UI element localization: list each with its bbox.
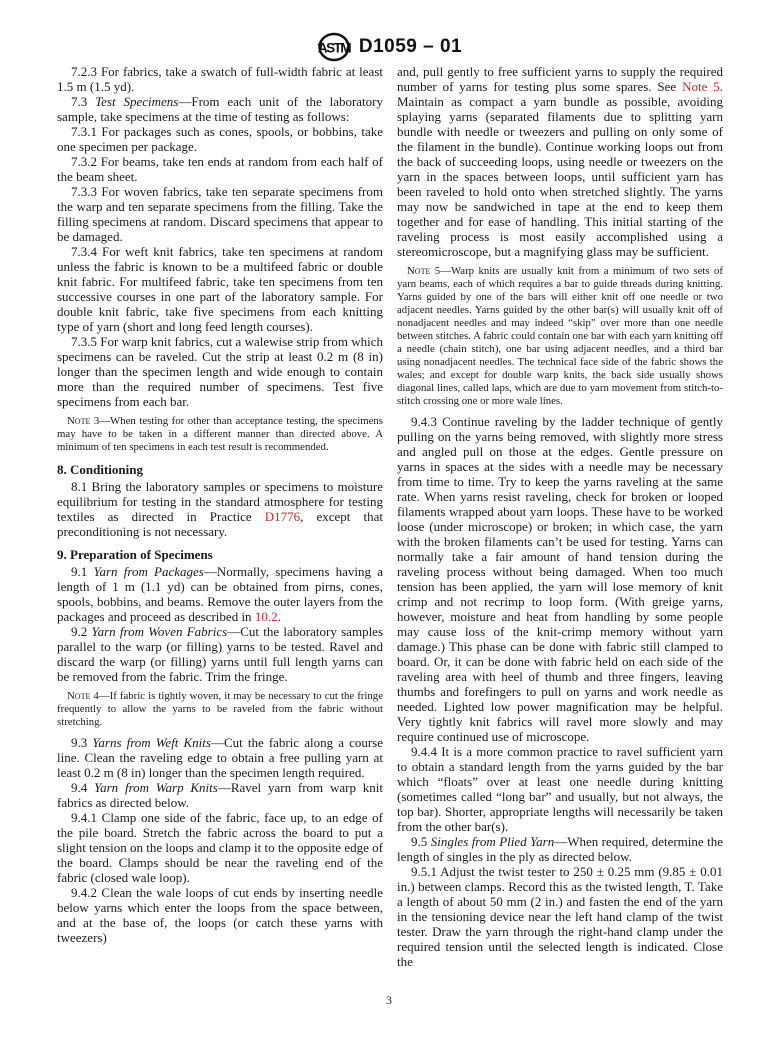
page-number: 3 — [0, 993, 778, 1008]
body-paragraph: 9.4.1 Clamp one side of the fabric, face… — [57, 810, 383, 885]
text-run: Yarn from Woven Fabrics — [92, 624, 228, 639]
note-paragraph: Note 3—When testing for other than accep… — [57, 415, 383, 454]
body-paragraph: 9.4.4 It is a more common practice to ra… — [397, 744, 723, 834]
body-paragraph: 9.3 Yarns from Weft Knits—Cut the fabric… — [57, 735, 383, 780]
cross-reference-link[interactable]: 10.2 — [255, 609, 278, 624]
right-column: and, pull gently to free sufficient yarn… — [397, 64, 723, 969]
text-run: 9.4 — [71, 780, 94, 795]
text-run: Yarn from Warp Knits — [94, 780, 218, 795]
text-run: Note — [67, 415, 90, 427]
astm-logo-icon: ASTM — [316, 32, 352, 62]
text-run: Note — [407, 265, 430, 277]
text-run: . Maintain as compact a yarn bundle as p… — [397, 79, 723, 259]
body-paragraph: 7.3.3 For woven fabrics, take ten separa… — [57, 184, 383, 244]
section-heading: 9. Preparation of Specimens — [57, 547, 383, 562]
body-paragraph: 9.4.3 Continue raveling by the ladder te… — [397, 414, 723, 744]
text-run: 7.3 — [71, 94, 95, 109]
document-page: ASTM D1059 – 01 7.2.3 For fabrics, take … — [0, 0, 778, 1041]
body-paragraph: 7.3.5 For warp knit fabrics, cut a walew… — [57, 334, 383, 409]
text-run: Note — [67, 690, 90, 702]
cross-reference-link[interactable]: D1776 — [265, 509, 300, 524]
body-paragraph: 7.2.3 For fabrics, take a swatch of full… — [57, 64, 383, 94]
text-run: and, pull gently to free sufficient yarn… — [397, 64, 723, 94]
text-run: . — [278, 609, 281, 624]
note-paragraph: Note 4—If fabric is tightly woven, it ma… — [57, 690, 383, 729]
section-heading: 8. Conditioning — [57, 462, 383, 477]
text-run: 9.4.3 Continue raveling by the ladder te… — [397, 414, 723, 744]
body-paragraph: 7.3.1 For packages such as cones, spools… — [57, 124, 383, 154]
text-run: 9.3 — [71, 735, 92, 750]
text-run: 9. Preparation of Specimens — [57, 547, 213, 562]
text-run: Singles from Plied Yarn — [431, 834, 555, 849]
cross-reference-link[interactable]: Note 5 — [682, 79, 720, 94]
text-run: Yarns from Weft Knits — [92, 735, 211, 750]
text-run: 7.3.5 For warp knit fabrics, cut a walew… — [57, 334, 383, 409]
body-paragraph: 9.4 Yarn from Warp Knits—Ravel yarn from… — [57, 780, 383, 810]
body-paragraph: 9.1 Yarn from Packages—Normally, specime… — [57, 564, 383, 624]
text-run: Yarn from Packages — [93, 564, 203, 579]
text-run: 9.5.1 Adjust the twist tester to 250 ± 0… — [397, 864, 723, 969]
text-run: 9.1 — [71, 564, 93, 579]
note-paragraph: Note 5—Warp knits are usually knit from … — [397, 265, 723, 408]
body-paragraph: 7.3.4 For weft knit fabrics, take ten sp… — [57, 244, 383, 334]
document-header: ASTM D1059 – 01 — [0, 32, 778, 62]
text-run: 9.4.4 It is a more common practice to ra… — [397, 744, 723, 834]
left-column: 7.2.3 For fabrics, take a swatch of full… — [57, 64, 383, 969]
text-run: 8. Conditioning — [57, 462, 143, 477]
body-paragraph: 7.3.2 For beams, take ten ends at random… — [57, 154, 383, 184]
body-paragraph: 9.4.2 Clean the wale loops of cut ends b… — [57, 885, 383, 945]
text-run: Test Specimens — [95, 94, 178, 109]
text-run: 9.4.1 Clamp one side of the fabric, face… — [57, 810, 383, 885]
text-run: 7.2.3 For fabrics, take a swatch of full… — [57, 64, 383, 94]
body-paragraph: and, pull gently to free sufficient yarn… — [397, 64, 723, 259]
body-paragraph: 7.3 Test Specimens—From each unit of the… — [57, 94, 383, 124]
text-run: 3—When testing for other than acceptance… — [57, 415, 383, 453]
body-paragraph: 9.5.1 Adjust the twist tester to 250 ± 0… — [397, 864, 723, 969]
text-run: 4—If fabric is tightly woven, it may be … — [57, 690, 383, 728]
text-run: 7.3.3 For woven fabrics, take ten separa… — [57, 184, 383, 244]
text-run: 5—Warp knits are usually knit from a min… — [397, 265, 723, 407]
text-run: 9.2 — [71, 624, 92, 639]
body-paragraph: 9.2 Yarn from Woven Fabrics—Cut the labo… — [57, 624, 383, 684]
text-columns: 7.2.3 For fabrics, take a swatch of full… — [57, 64, 723, 969]
body-paragraph: 9.5 Singles from Plied Yarn—When require… — [397, 834, 723, 864]
text-run: 7.3.4 For weft knit fabrics, take ten sp… — [57, 244, 383, 334]
text-run: 9.4.2 Clean the wale loops of cut ends b… — [57, 885, 383, 945]
document-code: D1059 – 01 — [359, 36, 462, 58]
text-run: 9.5 — [411, 834, 431, 849]
body-paragraph: 8.1 Bring the laboratory samples or spec… — [57, 479, 383, 539]
text-run: 7.3.2 For beams, take ten ends at random… — [57, 154, 383, 184]
astm-logo-text: ASTM — [318, 41, 352, 56]
text-run: 7.3.1 For packages such as cones, spools… — [57, 124, 383, 154]
